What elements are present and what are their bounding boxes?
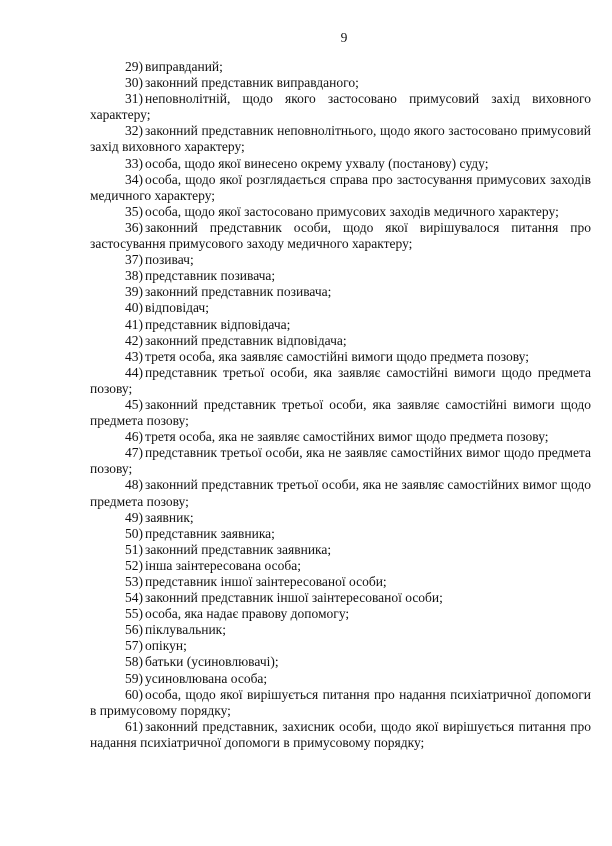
list-item-text: виправданий; [145,59,223,74]
list-item: 35)особа, щодо якої застосовано примусов… [90,204,591,220]
list-item: 37)позивач; [90,252,591,268]
list-item-text: законний представник іншої заінтересован… [145,590,443,605]
list-item-number: 60) [125,687,143,702]
list-item-text: піклувальник; [145,622,226,637]
list-item-number: 37) [125,252,143,267]
list-item-text: заявник; [145,510,194,525]
list-item-text: відповідач; [145,300,209,315]
list-item: 51)законний представник заявника; [90,542,591,558]
list-item: 43)третя особа, яка заявляє самостійні в… [90,349,591,365]
list-item-text: особа, щодо якої винесено окрему ухвалу … [145,156,488,171]
list-item: 55)особа, яка надає правову допомогу; [90,606,591,622]
list-item: 59)усиновлювана особа; [90,671,591,687]
list-item: 58)батьки (усиновлювачі); [90,654,591,670]
list-item: 53)представник іншої заінтересованої осо… [90,574,591,590]
list-item-number: 35) [125,204,143,219]
list-item-number: 39) [125,284,143,299]
list-item-text: законний представник позивача; [145,284,331,299]
list-item-number: 30) [125,75,143,90]
list-item: 31)неповнолітній, щодо якого застосовано… [90,91,591,123]
list-item-number: 55) [125,606,143,621]
list-item-text: батьки (усиновлювачі); [145,654,279,669]
list-item: 61)законний представник, захисник особи,… [90,719,591,751]
list-item: 57)опікун; [90,638,591,654]
list-item: 46)третя особа, яка не заявляє самостійн… [90,429,591,445]
list-item: 36)законний представник особи, щодо якої… [90,220,591,252]
list-item: 54)законний представник іншої заінтересо… [90,590,591,606]
list-item-number: 36) [125,220,143,235]
list-item: 34)особа, щодо якої розглядається справа… [90,172,591,204]
list-item-text: законний представник відповідача; [145,333,347,348]
list-item-number: 45) [125,397,143,412]
list-item-text: третя особа, яка заявляє самостійні вимо… [145,349,529,364]
list-item-number: 40) [125,300,143,315]
list-item-text: неповнолітній, щодо якого застосовано пр… [90,91,591,122]
list-item-text: представник відповідача; [145,317,290,332]
list-item-text: третя особа, яка не заявляє самостійних … [145,429,549,444]
list-item-text: законний представник третьої особи, яка … [90,477,591,508]
list-item-number: 51) [125,542,143,557]
list-item-number: 58) [125,654,143,669]
list-item-text: представник іншої заінтересованої особи; [145,574,387,589]
list-item: 44)представник третьої особи, яка заявля… [90,365,591,397]
list-item-number: 50) [125,526,143,541]
page-number: 9 [0,30,612,46]
list-item-text: законний представник виправданого; [145,75,359,90]
list-item: 52)інша заінтересована особа; [90,558,591,574]
list-item-text: представник позивача; [145,268,275,283]
list-item: 41)представник відповідача; [90,317,591,333]
list-item: 30)законний представник виправданого; [90,75,591,91]
list-item-number: 47) [125,445,143,460]
list-item: 38)представник позивача; [90,268,591,284]
list-item-text: законний представник третьої особи, яка … [90,397,591,428]
list-item: 60)особа, щодо якої вирішується питання … [90,687,591,719]
list-item-number: 44) [125,365,143,380]
list-item: 42)законний представник відповідача; [90,333,591,349]
list-item: 49)заявник; [90,510,591,526]
list-item-text: опікун; [145,638,187,653]
list-item-text: особа, яка надає правову допомогу; [145,606,349,621]
list-item-number: 53) [125,574,143,589]
list-item-number: 48) [125,477,143,492]
list-item-number: 54) [125,590,143,605]
list-item-number: 32) [125,123,143,138]
list-item-text: представник заявника; [145,526,275,541]
list-item-number: 29) [125,59,143,74]
list-item: 45)законний представник третьої особи, я… [90,397,591,429]
list-item: 40)відповідач; [90,300,591,316]
list-item-number: 42) [125,333,143,348]
list-item: 50)представник заявника; [90,526,591,542]
list-item-number: 52) [125,558,143,573]
list-item-text: позивач; [145,252,194,267]
list-item-text: законний представник, захисник особи, що… [90,719,591,750]
list-item-text: усиновлювана особа; [145,671,267,686]
list-item-number: 61) [125,719,143,734]
list-item-number: 49) [125,510,143,525]
list-item-number: 57) [125,638,143,653]
list-item-number: 43) [125,349,143,364]
list-item-text: інша заінтересована особа; [145,558,301,573]
list-item: 56)піклувальник; [90,622,591,638]
document-body: 29)виправданий;30)законний представник в… [90,59,591,751]
list-item-number: 33) [125,156,143,171]
list-item-text: особа, щодо якої вирішується питання про… [90,687,591,718]
list-item-number: 34) [125,172,143,187]
list-item-number: 41) [125,317,143,332]
list-item: 29)виправданий; [90,59,591,75]
list-item-text: представник третьої особи, яка заявляє с… [90,365,591,396]
list-item: 47)представник третьої особи, яка не зая… [90,445,591,477]
list-item-text: представник третьої особи, яка не заявля… [90,445,591,476]
list-item-number: 31) [125,91,143,106]
list-item-text: законний представник особи, щодо якої ви… [90,220,591,251]
list-item-text: особа, щодо якої розглядається справа пр… [90,172,591,203]
list-item: 32)законний представник неповнолітнього,… [90,123,591,155]
list-item: 39)законний представник позивача; [90,284,591,300]
list-item-text: законний представник заявника; [145,542,331,557]
list-item-text: особа, щодо якої застосовано примусових … [145,204,559,219]
list-item-number: 56) [125,622,143,637]
list-item-number: 46) [125,429,143,444]
list-item: 33)особа, щодо якої винесено окрему ухва… [90,156,591,172]
list-item-number: 59) [125,671,143,686]
list-item-number: 38) [125,268,143,283]
list-item-text: законний представник неповнолітнього, що… [90,123,591,154]
list-item: 48)законний представник третьої особи, я… [90,477,591,509]
